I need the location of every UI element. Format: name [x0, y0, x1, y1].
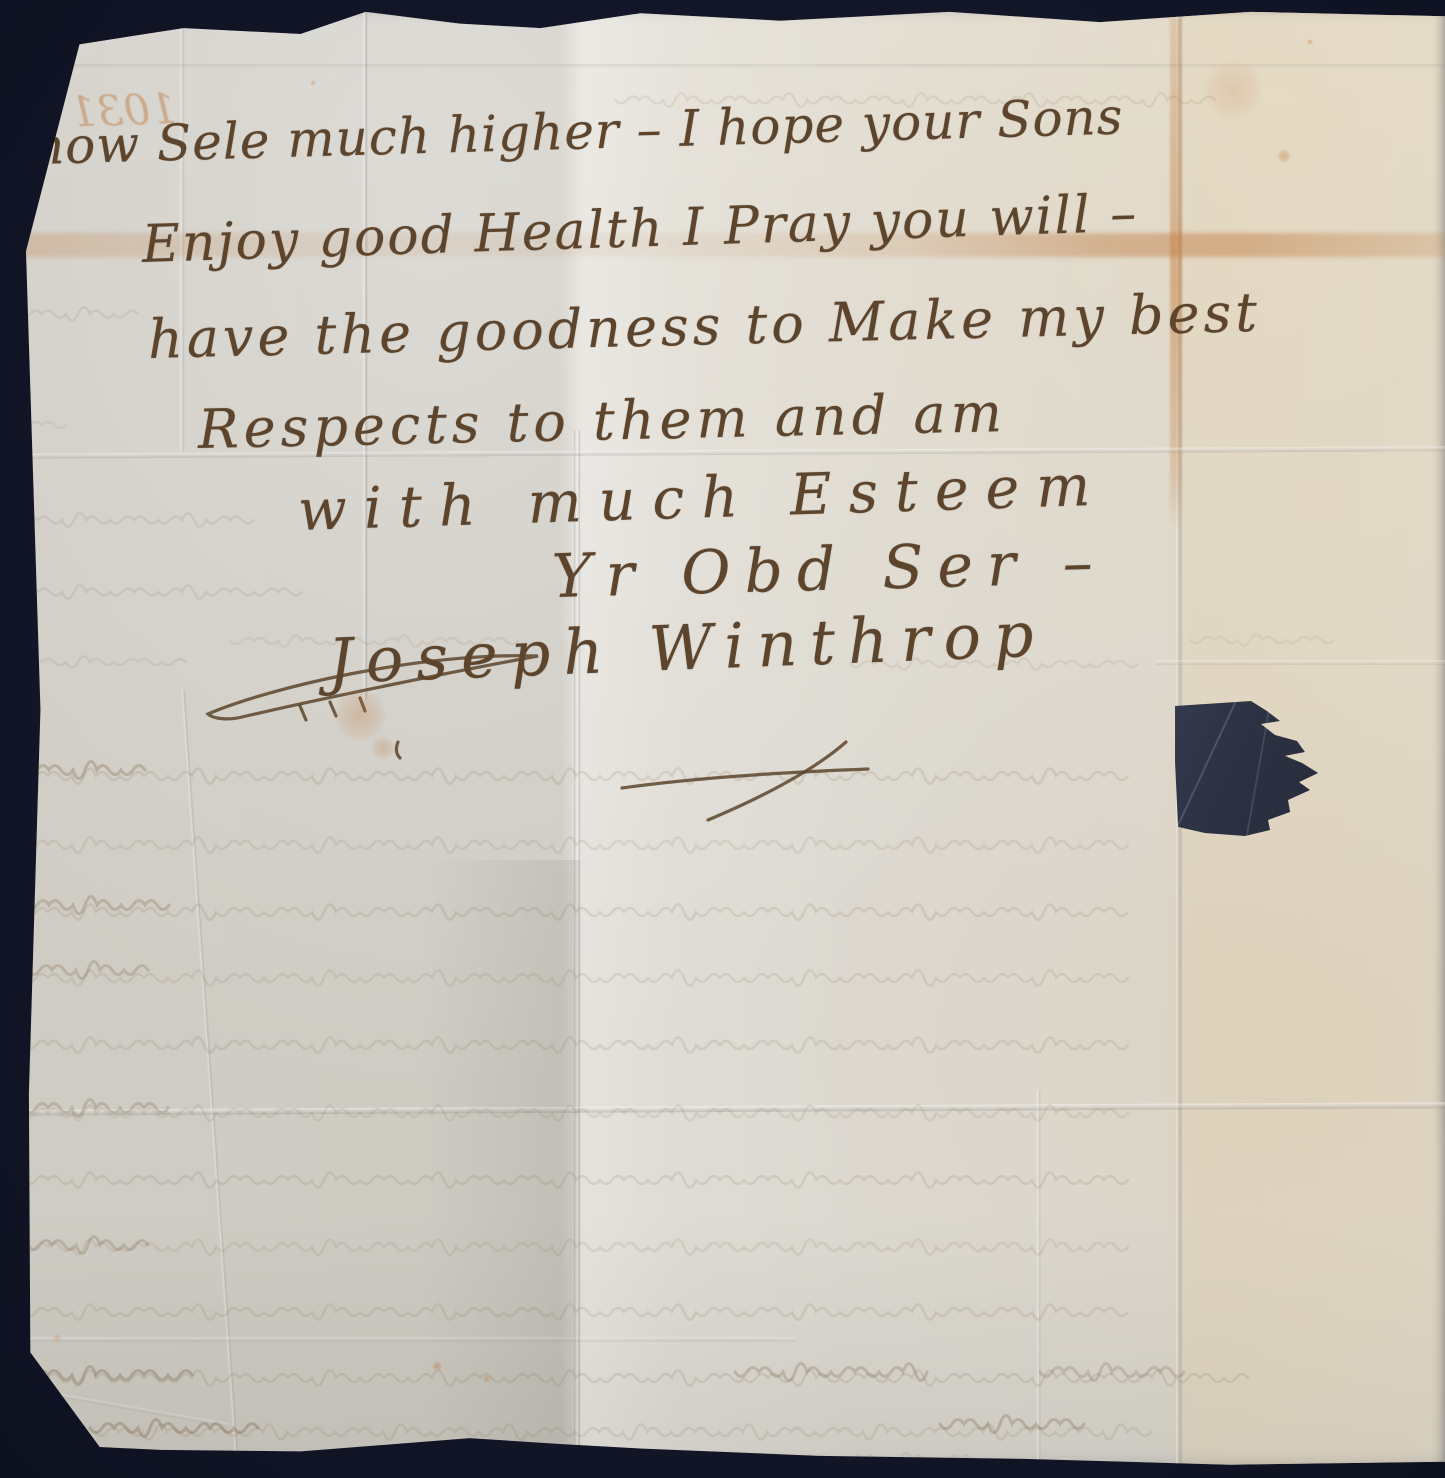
bleedthrough-word — [28, 1236, 148, 1253]
bleedthrough-word — [90, 1419, 258, 1436]
signature-text: Joseph Winthrop — [327, 597, 1048, 698]
bleedthrough-word — [940, 1415, 1084, 1432]
bleedthrough-row — [24, 1370, 1248, 1385]
letter-line-2: Enjoy good Health I Pray you will – — [141, 184, 1139, 275]
bleedthrough-word — [24, 1099, 168, 1116]
rust-stained-crease — [1170, 18, 1182, 528]
rust-spot — [371, 736, 395, 760]
bleedthrough-word — [25, 896, 169, 913]
rust-spot — [1307, 39, 1313, 45]
letter-line-4: Respects to them and am — [197, 381, 1007, 461]
fold-crease-horizontal-lower — [0, 1102, 1445, 1116]
rust-spot — [310, 80, 316, 86]
bleedthrough-row — [600, 1453, 984, 1464]
rust-spot — [53, 1334, 61, 1342]
bleedthrough-word — [24, 1366, 192, 1383]
fold-crease-diagonal-bottomleft — [21, 1387, 229, 1427]
fold-crease-vertical-lowerleft — [180, 691, 240, 1478]
rust-spot — [1277, 149, 1291, 163]
bleedthrough-row — [24, 768, 1128, 783]
bleedthrough-row — [18, 307, 138, 320]
letter-line-1: now Sele much higher – I hope your Sons — [31, 88, 1124, 176]
rust-spot — [1203, 60, 1263, 120]
fold-crease-horizontal-rightcol — [1155, 660, 1445, 665]
bleedthrough-row — [24, 837, 1128, 852]
torn-hole — [1168, 698, 1328, 840]
letter-line-3: have the goodness to Make my best — [147, 281, 1261, 371]
bleedthrough-row — [95, 1424, 1151, 1439]
bleedthrough-row — [18, 656, 186, 667]
bleedthrough-word — [1040, 1363, 1184, 1380]
bleedthrough-word — [28, 961, 148, 978]
fold-crease-vertical-lowerright — [1036, 1090, 1041, 1478]
bleedthrough-row — [14, 513, 254, 526]
bleedthrough-row — [14, 585, 302, 598]
bleedthrough-word — [735, 1363, 927, 1380]
bleedthrough-row — [1190, 634, 1334, 645]
fold-crease-top — [0, 64, 1445, 69]
bleedthrough-word — [25, 761, 145, 778]
bleedthrough-row — [18, 422, 66, 428]
letter-paper: 1031 now Sele much higher – I hope your … — [0, 0, 1445, 1478]
fold-crease-horizontal-bottom — [0, 1337, 795, 1342]
fold-shading — [420, 860, 580, 1478]
